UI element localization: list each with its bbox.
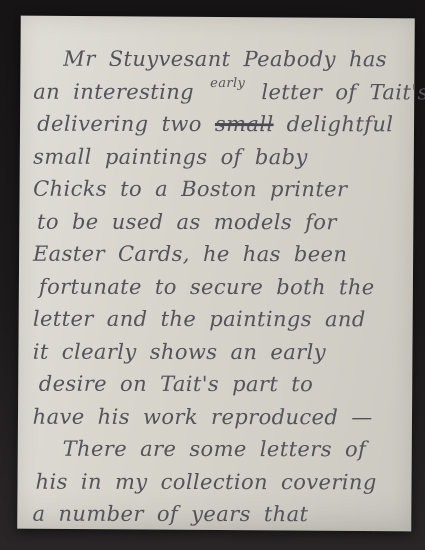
handwriting-text: a number of years that xyxy=(32,502,308,526)
photo-background: Mr Stuyvesant Peabody has an interesting… xyxy=(0,0,425,550)
handwriting-text: fortunate to secure both the xyxy=(39,274,375,299)
inserted-word-above-line: early xyxy=(210,68,245,101)
handwritten-text-block: Mr Stuyvesant Peabody has an interesting… xyxy=(28,43,409,531)
handwriting-line: a number of years that xyxy=(28,498,408,531)
handwriting-line: desire on Tait's part to xyxy=(29,368,409,401)
handwriting-text: delivering two xyxy=(37,112,202,136)
handwriting-text: to be used as models for xyxy=(37,209,337,234)
handwriting-line: to be used as models for xyxy=(29,205,409,238)
handwriting-line: There are some letters of xyxy=(29,433,409,466)
handwriting-text: small paintings of baby xyxy=(33,144,308,168)
handwriting-text: delightful xyxy=(287,112,394,136)
handwriting-line: have his work reproduced — xyxy=(29,400,409,433)
handwriting-line: fortunate to secure both the xyxy=(29,270,409,303)
handwriting-text: an interesting xyxy=(33,79,194,103)
handwriting-text: desire on Tait's part to xyxy=(39,372,313,396)
handwriting-line: it clearly shows an early xyxy=(29,335,409,368)
handwriting-text: his in my collection covering xyxy=(36,469,377,494)
handwriting-text: There are some letters of xyxy=(63,437,367,462)
handwriting-text: Chicks to a Boston printer xyxy=(33,177,347,202)
handwriting-line: Easter Cards, he has been xyxy=(29,238,409,271)
handwriting-text: letter and the paintings and xyxy=(33,307,366,332)
handwriting-text: have his work reproduced — xyxy=(33,404,373,429)
handwriting-text: letter of Tait's xyxy=(261,80,425,104)
handwriting-text: Easter Cards, he has been xyxy=(33,242,347,267)
handwriting-line: delivering two small delightful xyxy=(29,108,409,141)
handwriting-text: it clearly shows an early xyxy=(33,339,326,364)
handwriting-line: small paintings of baby xyxy=(29,140,409,173)
handwriting-line: letter and the paintings and xyxy=(29,303,409,336)
note-paper: Mr Stuyvesant Peabody has an interesting… xyxy=(17,16,415,532)
crossed-out-word: small xyxy=(215,112,274,136)
handwriting-line: his in my collection covering xyxy=(29,465,409,498)
handwriting-line: an interesting early letter of Tait's xyxy=(29,75,409,108)
handwriting-line: Chicks to a Boston printer xyxy=(29,173,409,206)
